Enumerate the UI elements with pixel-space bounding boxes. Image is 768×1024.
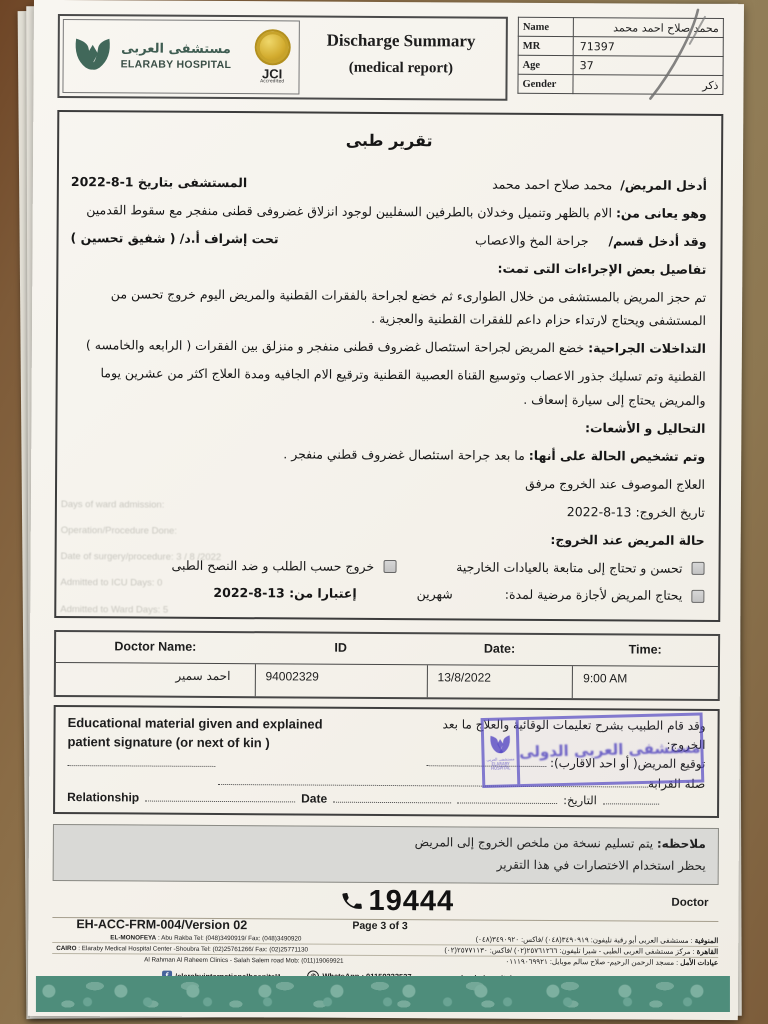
bleed-through-text: Days of ward admission: Operation/Proced… xyxy=(60,492,421,625)
supervisor: تحت إشراف أ.د/ ( شفيق تحسين ) xyxy=(70,226,278,250)
paper: Days of ward admission: Operation/Proced… xyxy=(28,0,744,1020)
contact-list: EL-MONOFEYA : Abu Rakba Tel: (048)349091… xyxy=(52,932,718,968)
stamp-small-text: مستشفى العربى ELARABY HOSPITAL xyxy=(485,757,517,772)
patient-label: MR xyxy=(518,36,573,55)
dotted-line xyxy=(145,792,295,803)
desk-background: { "colors":{"brand_green":"#3f5d52","ban… xyxy=(0,0,768,1024)
hotline: 19444 xyxy=(340,885,454,919)
decorative-green-band xyxy=(36,976,730,1012)
table-header-cell: Doctor Name: xyxy=(56,639,255,654)
checkbox-followup-icon xyxy=(692,562,705,575)
surgical-continued: القطنية وتم تسليك جذور الاعصاب وتوسيع ال… xyxy=(70,362,706,412)
department-line: وقد أدخل قسم/ جراحة المخ والاعصاب تحت إش… xyxy=(70,226,706,253)
patient-value: 71397 xyxy=(573,37,723,57)
patient-row-age: Age 37 xyxy=(518,55,723,75)
doctor-table: Doctor Name: ID Date: Time: احمد سمير 94… xyxy=(54,630,720,701)
header-box: مستشفى العربى ELARABY HOSPITAL JCI Accre… xyxy=(57,14,508,101)
phone-icon xyxy=(339,889,365,915)
checkbox-sick-leave-icon xyxy=(691,589,704,602)
stamp-text: مستشفى العربى الدولى xyxy=(519,739,701,762)
report-title: تقرير طبى xyxy=(71,124,707,157)
educational-english: Educational material given and explained… xyxy=(67,713,410,774)
doctor-table-header: Doctor Name: ID Date: Time: xyxy=(56,632,718,666)
hospital-name-arabic: مستشفى العربى xyxy=(121,42,231,59)
labs-heading: التحاليل و الأشعات: xyxy=(69,413,705,440)
form-code: EH-ACC-FRM-004/Version 02 xyxy=(76,917,247,932)
procedures-paragraph: تم حجز المريض بالمستشفى من خلال الطوارىء… xyxy=(70,282,706,332)
table-header-cell: ID xyxy=(255,640,427,655)
patient-label: Name xyxy=(518,17,573,36)
document-header: مستشفى العربى ELARABY HOSPITAL JCI Accre… xyxy=(57,14,724,102)
note-box: ملاحظه: يتم تسليم نسخة من ملخص الخروج إل… xyxy=(53,824,719,885)
checkbox-sick-leave-label: يحتاج المريض لأجازة مرضية لمدة: xyxy=(505,583,683,607)
time-cell: 9:00 AM xyxy=(572,666,718,699)
doctor-table-row: احمد سمير 94002329 13/8/2022 9:00 AM xyxy=(56,662,718,699)
admission-date: المستشفى بتاريخ 1-8-2022 xyxy=(71,170,247,194)
checkbox-followup-label: تحسن و تحتاج إلى متابعة بالعيادات الخارج… xyxy=(456,556,683,581)
patient-label: Age xyxy=(518,55,573,74)
table-header-cell: Date: xyxy=(427,641,573,656)
complaint-line: وهو يعانى من: الام بالظهر وتنميل وخدلان … xyxy=(71,198,707,225)
patient-row-name: Name محمد صلاح احمد محمد xyxy=(518,17,723,37)
leave-duration: شهرين xyxy=(417,583,453,606)
stamp-logo-icon xyxy=(488,733,513,758)
dotted-line xyxy=(67,756,215,767)
hospital-stamp: مستشفى العربى ELARABY HOSPITAL مستشفى ال… xyxy=(481,712,705,788)
hospital-logo-box: مستشفى العربى ELARABY HOSPITAL JCI Accre… xyxy=(62,19,299,94)
jci-sublabel: Accredited xyxy=(260,80,284,85)
patient-info-table: Name محمد صلاح احمد محمد MR 71397 Age 37… xyxy=(517,17,723,95)
document-title: Discharge Summary (medical report) xyxy=(299,20,503,95)
dotted-line xyxy=(333,793,451,804)
doctor-name-cell: احمد سمير xyxy=(56,663,255,696)
relationship-date-line: Relationship Date التاريخ: xyxy=(67,790,705,808)
dotted-line xyxy=(603,794,659,804)
patient-row-mr: MR 71397 xyxy=(518,36,723,56)
admission-line: أدخل المريض/ محمد صلاح احمد محمد المستشف… xyxy=(71,170,707,197)
doctor-id-cell: 94002329 xyxy=(254,664,426,697)
hospital-name-english: ELARABY HOSPITAL xyxy=(121,58,232,72)
procedures-heading: تفاصيل بعض الإجراءات التى تمت: xyxy=(70,254,706,281)
hospital-logo-icon xyxy=(72,35,114,77)
jci-seal-icon xyxy=(254,29,290,65)
patient-label: Gender xyxy=(518,74,573,93)
table-header-cell: Time: xyxy=(572,642,718,657)
hotline-number: 19444 xyxy=(368,885,454,919)
page-indicator: Page 3 of 3 xyxy=(352,920,408,932)
diagnosis-line: وتم تشخيص الحالة على أنها: ما بعد جراحة … xyxy=(69,441,705,468)
surgical-line: التداخلات الجراحية: خضع المريض لجراحة اس… xyxy=(70,333,706,360)
doctor-label: Doctor xyxy=(671,897,708,909)
patient-value: محمد صلاح احمد محمد xyxy=(573,18,723,38)
patient-row-gender: Gender ذكر xyxy=(518,74,723,94)
patient-value: ذكر xyxy=(573,75,723,95)
dotted-line xyxy=(457,794,557,805)
date-cell: 13/8/2022 xyxy=(426,665,572,698)
patient-value: 37 xyxy=(573,56,723,76)
